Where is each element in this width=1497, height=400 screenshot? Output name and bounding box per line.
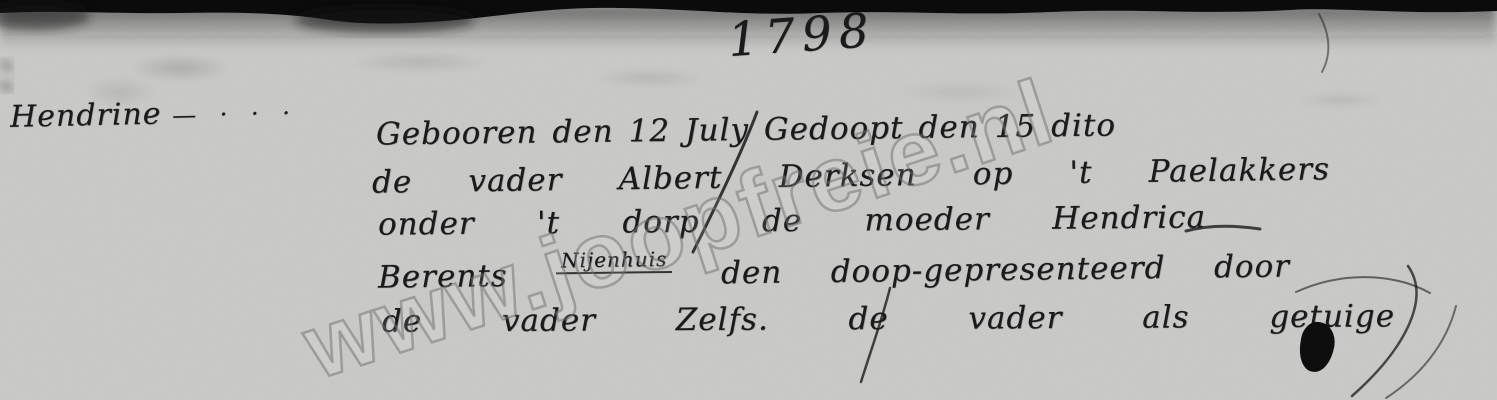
scanned-baptism-record: 1798 Hendrine — · · · Gebooren den 12 Ju… — [0, 0, 1497, 400]
record-line-5: de vader Zelfs. de vader als getuige — [382, 298, 1395, 339]
paper-grain — [0, 0, 1497, 400]
child-name: Hendrine — [10, 97, 162, 135]
scan-edge-band — [0, 0, 1497, 120]
margin-filler-dots: — · · · — [172, 99, 298, 130]
watermark-text: www.joopfreie.nl — [293, 61, 1066, 397]
record-line-4-rest: den doop-gepresenteerd door — [721, 248, 1290, 291]
year-heading: 1798 — [726, 3, 877, 68]
record-line-3: onder 't dorp de moeder Hendrica — [378, 199, 1206, 242]
record-line-4-start: Berents — [378, 258, 508, 296]
ink-blot — [1296, 320, 1337, 375]
record-line-1: Gebooren den 12 July Gedoopt den 15 dito — [376, 107, 1116, 152]
margin-entry-name: Hendrine — · · · — [10, 92, 373, 135]
bleedthrough-smudges — [0, 0, 1497, 170]
pen-flourishes — [0, 0, 1497, 400]
interlinear-insertion: Nijenhuis — [556, 247, 673, 274]
record-line-4: Berents Nijenhuis den doop-gepresenteerd… — [378, 248, 1290, 295]
record-line-2: de vader Albert Derksen op 't Paelakkers — [372, 151, 1330, 200]
